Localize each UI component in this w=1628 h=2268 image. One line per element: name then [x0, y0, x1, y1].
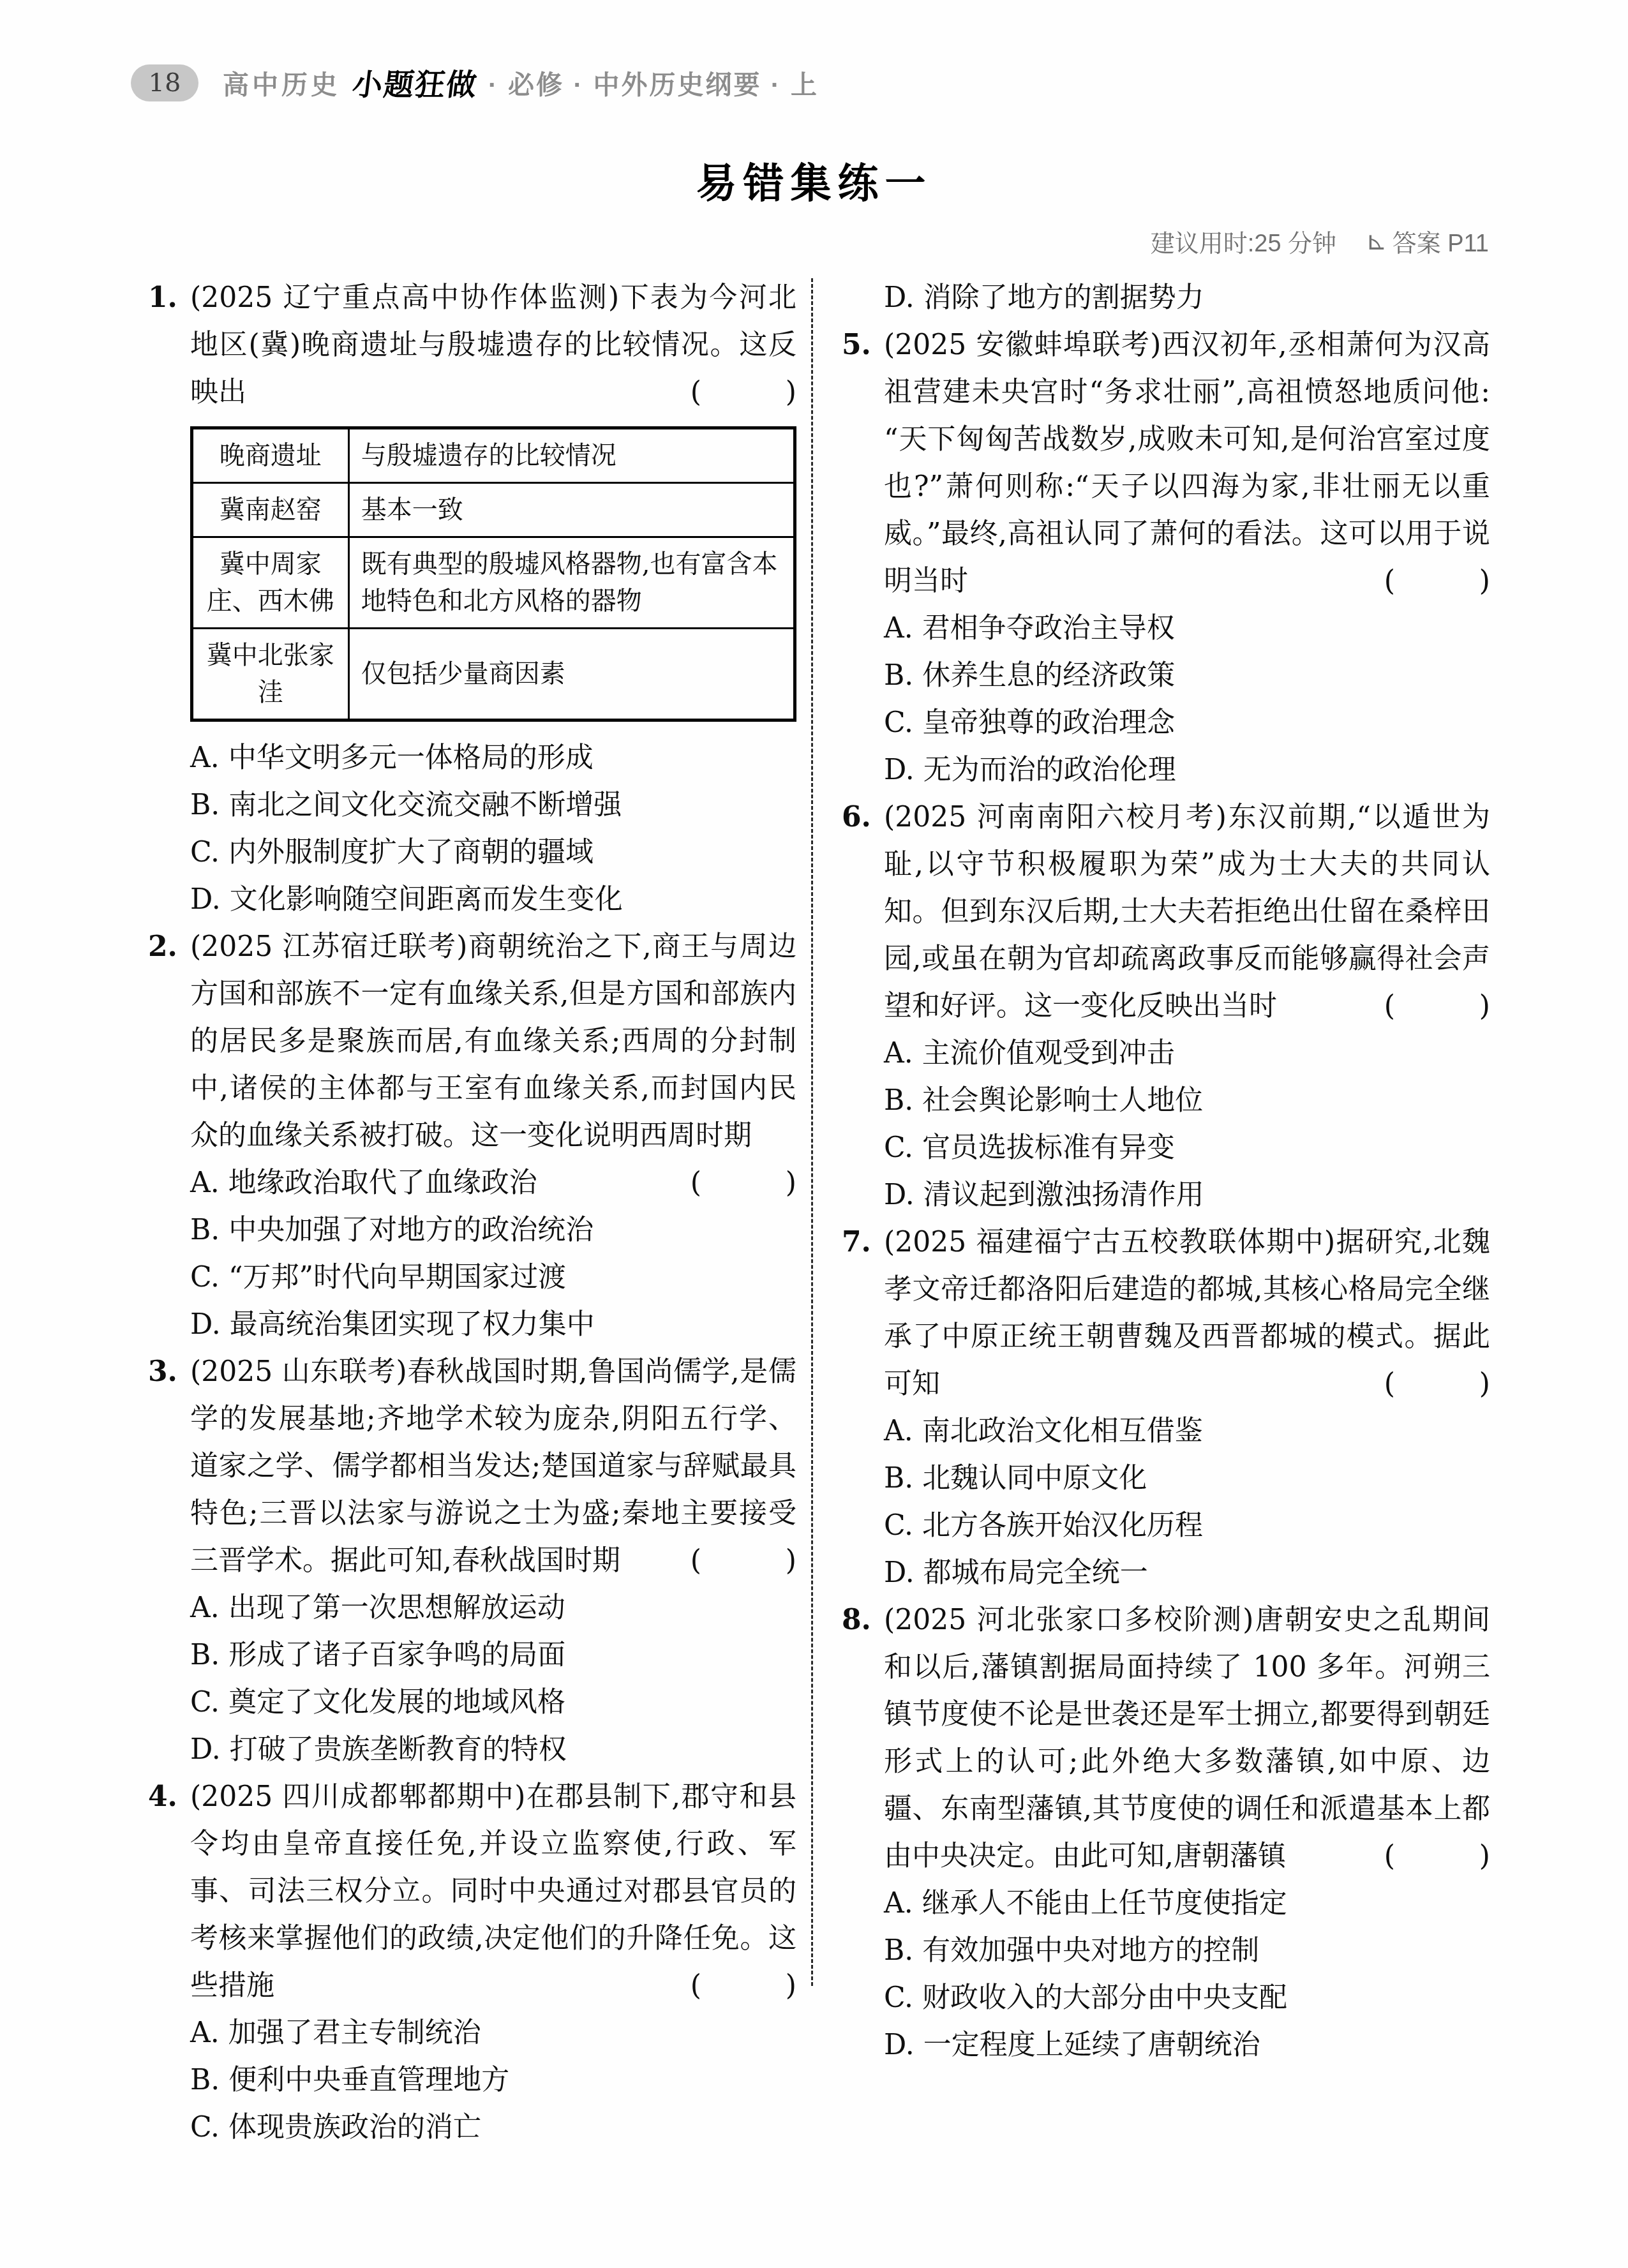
table-cell: 仅包括少量商因素: [348, 629, 795, 720]
question-stem: (2025 安徽蚌埠联考)西汉初年,丞相萧何为汉高祖营建未央宫时“务求壮丽”,高…: [884, 322, 1490, 605]
option-list: A. 中华文明多元一体格局的形成 B. 南北之间文化交流交融不断增强 C. 内外…: [190, 735, 796, 923]
option-b: B. 社会舆论影响士人地位: [884, 1077, 1490, 1124]
option-c: C. “万邦”时代向早期国家过渡: [190, 1254, 796, 1301]
question-number: 1.: [148, 274, 177, 322]
option-b: B. 休养生息的经济政策: [884, 652, 1490, 699]
page-title: 易错集练一: [0, 151, 1628, 209]
option-b: B. 形成了诸子百家争鸣的局面: [190, 1632, 796, 1679]
stem-text: (2025 安徽蚌埠联考)西汉初年,丞相萧何为汉高祖营建未央宫时“务求壮丽”,高…: [884, 329, 1490, 597]
table-cell: 基本一致: [348, 483, 795, 537]
suggested-time: 建议用时:25 分钟: [1151, 223, 1336, 258]
question-4-option-d: D. 消除了地方的割据势力: [842, 274, 1490, 322]
series-title: · 必修 · 中外历史纲要 · 上: [488, 64, 819, 101]
option-a: A. 主流价值观受到冲击: [884, 1030, 1490, 1077]
answer-blank: ( ): [691, 369, 796, 416]
question-4: 4. (2025 四川成都郫都期中)在郡县制下,郡守和县令均由皇帝直接任免,并设…: [148, 1773, 796, 2151]
question-stem: (2025 福建福宁古五校教联体期中)据研究,北魏孝文帝迁都洛阳后建造的都城,其…: [884, 1219, 1490, 1408]
question-number: 7.: [842, 1219, 871, 1266]
question-number: 4.: [148, 1773, 177, 1821]
option-list: A. 出现了第一次思想解放运动 B. 形成了诸子百家争鸣的局面 C. 奠定了文化…: [190, 1585, 796, 1773]
option-a: A. 中华文明多元一体格局的形成: [190, 735, 796, 782]
left-column: 1. (2025 辽宁重点高中协作体监测)下表为今河北地区(冀)晚商遗址与殷墟遗…: [148, 274, 796, 2151]
page-header: 18 高中历史 小题狂做 · 必修 · 中外历史纲要 · 上: [131, 61, 819, 104]
option-d: D. 打破了贵族垄断教育的特权: [190, 1726, 796, 1773]
table-row: 冀中北张家洼 仅包括少量商因素: [192, 629, 795, 720]
option-a: A. 继承人不能由上任节度使指定: [884, 1880, 1490, 1927]
option-c: C. 北方各族开始汉化历程: [884, 1502, 1490, 1549]
table-cell: 既有典型的殷墟风格器物,也有富含本地特色和北方风格的器物: [348, 537, 795, 629]
page-number-badge: 18: [131, 64, 198, 101]
stem-text: (2025 河北张家口多校阶测)唐朝安史之乱期间和以后,藩镇割据局面持续了 10…: [884, 1604, 1490, 1872]
answer-blank: ( ): [691, 1962, 796, 2010]
option-a: A. 加强了君主专制统治: [190, 2010, 796, 2057]
option-b: B. 北魏认同中原文化: [884, 1455, 1490, 1502]
workbook-page: 18 高中历史 小题狂做 · 必修 · 中外历史纲要 · 上 易错集练一 建议用…: [0, 0, 1628, 2268]
answer-arrow-icon: ⊾: [1366, 227, 1387, 256]
table-row: 冀中周家庄、西木佛 既有典型的殷墟风格器物,也有富含本地特色和北方风格的器物: [192, 537, 795, 629]
answer-blank: ( ): [1384, 983, 1490, 1030]
answer-page-ref: 答案 P11: [1393, 223, 1489, 258]
answer-blank: ( ): [691, 1160, 796, 1207]
question-6: 6. (2025 河南南阳六校月考)东汉前期,“以遁世为耻,以守节积极履职为荣”…: [842, 794, 1490, 1219]
question-stem: (2025 辽宁重点高中协作体监测)下表为今河北地区(冀)晚商遗址与殷墟遗存的比…: [190, 274, 796, 416]
question-1: 1. (2025 辽宁重点高中协作体监测)下表为今河北地区(冀)晚商遗址与殷墟遗…: [148, 274, 796, 923]
option-b: B. 便利中央垂直管理地方: [190, 2057, 796, 2104]
table-header-row: 晚商遗址 与殷墟遗存的比较情况: [192, 428, 795, 483]
option-a: A. 南北政治文化相互借鉴: [884, 1408, 1490, 1455]
option-list: A. 主流价值观受到冲击 B. 社会舆论影响士人地位 C. 官员选拔标准有异变 …: [884, 1030, 1490, 1219]
table-row: 冀南赵窑 基本一致: [192, 483, 795, 537]
option-b: B. 南北之间文化交流交融不断增强: [190, 782, 796, 829]
question-3: 3. (2025 山东联考)春秋战国时期,鲁国尚儒学,是儒学的发展基地;齐地学术…: [148, 1348, 796, 1773]
question-stem: (2025 四川成都郫都期中)在郡县制下,郡守和县令均由皇帝直接任免,并设立监察…: [190, 1773, 796, 2010]
option-c: C. 内外服制度扩大了商朝的疆域: [190, 829, 796, 876]
option-b: B. 中央加强了对地方的政治统治: [190, 1207, 796, 1254]
option-c: C. 财政收入的大部分由中央支配: [884, 1974, 1490, 2022]
option-list: A. 南北政治文化相互借鉴 B. 北魏认同中原文化 C. 北方各族开始汉化历程 …: [884, 1408, 1490, 1597]
table-header-cell: 与殷墟遗存的比较情况: [348, 428, 795, 483]
table-cell: 冀中北张家洼: [192, 629, 349, 720]
option-c: C. 皇帝独尊的政治理念: [884, 699, 1490, 747]
meta-line: 建议用时:25 分钟 ⊾ 答案 P11: [1151, 223, 1489, 258]
stem-text: (2025 江苏宿迁联考)商朝统治之下,商王与周边方国和部族不一定有血缘关系,但…: [190, 930, 796, 1152]
option-a: A. 出现了第一次思想解放运动: [190, 1585, 796, 1632]
question-number: 5.: [842, 322, 871, 369]
option-list: A. 加强了君主专制统治 B. 便利中央垂直管理地方 C. 体现贵族政治的消亡: [190, 2010, 796, 2151]
answer-blank: ( ): [1384, 1361, 1490, 1408]
question-2: 2. (2025 江苏宿迁联考)商朝统治之下,商王与周边方国和部族不一定有血缘关…: [148, 923, 796, 1348]
option-d: D. 清议起到激浊扬清作用: [884, 1172, 1490, 1219]
answer-blank: ( ): [1384, 1833, 1490, 1880]
question-number: 2.: [148, 923, 177, 971]
table-cell: 冀南赵窑: [192, 483, 349, 537]
question-number: 8.: [842, 1597, 871, 1644]
right-column: D. 消除了地方的割据势力 5. (2025 安徽蚌埠联考)西汉初年,丞相萧何为…: [842, 274, 1490, 2151]
question-7: 7. (2025 福建福宁古五校教联体期中)据研究,北魏孝文帝迁都洛阳后建造的都…: [842, 1219, 1490, 1597]
option-d: D. 无为而治的政治伦理: [884, 747, 1490, 794]
brand-logo: 小题狂做: [350, 61, 481, 104]
option-list: A. 君相争夺政治主导权 B. 休养生息的经济政策 C. 皇帝独尊的政治理念 D…: [884, 605, 1490, 794]
table-cell: 冀中周家庄、西木佛: [192, 537, 349, 629]
option-d: D. 都城布局完全统一: [884, 1549, 1490, 1597]
option-d: D. 一定程度上延续了唐朝统治: [884, 2022, 1490, 2069]
question-stem: (2025 河北张家口多校阶测)唐朝安史之乱期间和以后,藩镇割据局面持续了 10…: [884, 1597, 1490, 1880]
question-number: 6.: [842, 794, 871, 841]
option-list: A. 继承人不能由上任节度使指定 B. 有效加强中央对地方的控制 C. 财政收入…: [884, 1880, 1490, 2069]
question-stem: (2025 江苏宿迁联考)商朝统治之下,商王与周边方国和部族不一定有血缘关系,但…: [190, 923, 796, 1160]
comparison-table: 晚商遗址 与殷墟遗存的比较情况 冀南赵窑 基本一致 冀中周家庄、西木佛 既有典型…: [190, 426, 796, 722]
answer-blank: ( ): [691, 1537, 796, 1585]
option-d: D. 最高统治集团实现了权力集中: [190, 1301, 796, 1348]
option-c: C. 奠定了文化发展的地域风格: [190, 1679, 796, 1726]
option-b: B. 有效加强中央对地方的控制: [884, 1927, 1490, 1974]
option-c: C. 体现贵族政治的消亡: [190, 2104, 796, 2151]
course-title: 高中历史: [223, 64, 340, 101]
option-a: A. 君相争夺政治主导权: [884, 605, 1490, 652]
option-d: D. 文化影响随空间距离而发生变化: [190, 876, 796, 923]
question-5: 5. (2025 安徽蚌埠联考)西汉初年,丞相萧何为汉高祖营建未央宫时“务求壮丽…: [842, 322, 1490, 794]
answer-blank: ( ): [1384, 558, 1490, 605]
question-8: 8. (2025 河北张家口多校阶测)唐朝安史之乱期间和以后,藩镇割据局面持续了…: [842, 1597, 1490, 2069]
question-stem: (2025 山东联考)春秋战国时期,鲁国尚儒学,是儒学的发展基地;齐地学术较为庞…: [190, 1348, 796, 1585]
question-stem: (2025 河南南阳六校月考)东汉前期,“以遁世为耻,以守节积极履职为荣”成为士…: [884, 794, 1490, 1030]
question-number: 3.: [148, 1348, 177, 1396]
table-header-cell: 晚商遗址: [192, 428, 349, 483]
option-c: C. 官员选拔标准有异变: [884, 1124, 1490, 1172]
page-content: 1. (2025 辽宁重点高中协作体监测)下表为今河北地区(冀)晚商遗址与殷墟遗…: [148, 274, 1490, 2151]
